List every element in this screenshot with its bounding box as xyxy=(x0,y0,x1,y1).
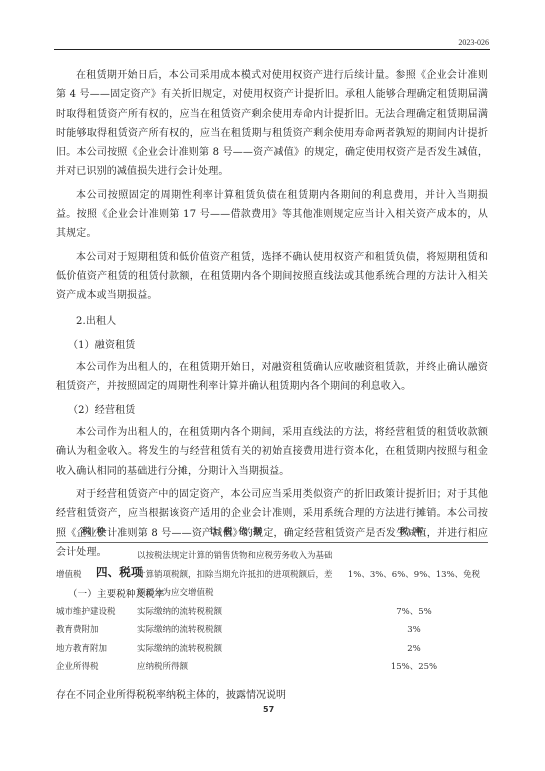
table-row: 增值税 以按税法规定计算的销售货物和应税劳务收入为基础计算销项税额，扣除当期允许… xyxy=(56,547,488,603)
tax-rate: 7%、5% xyxy=(340,603,488,622)
tax-rate: 2% xyxy=(340,640,488,659)
tax-basis: 实际缴纳的流转税税额 xyxy=(137,640,340,659)
paragraph-short-term-lease: 本公司对于短期租赁和低价值资产租赁，选择不确认使用权资产和租赁负债，将短期租赁和… xyxy=(56,248,488,306)
paragraph-finance-lease: 本公司作为出租人的，在租赁期开始日，对融资租赁确认应收融资租赁款，并终止确认融资… xyxy=(56,358,488,397)
header-rule xyxy=(54,49,490,50)
tax-name: 教育费附加 xyxy=(56,621,137,640)
column-header-basis: 计税依据 xyxy=(137,521,340,543)
table-row: 地方教育附加 实际缴纳的流转税税额 2% xyxy=(56,640,488,659)
document-page: 2023-026 在租赁期开始日后，本公司采用成本模式对使用权资产进行后续计量。… xyxy=(0,0,545,771)
footer-note: 存在不同企业所得税税率纳税主体的，披露情况说明 xyxy=(56,686,286,701)
column-header-tax: 税种 xyxy=(56,521,137,543)
tax-name: 地方教育附加 xyxy=(56,640,137,659)
table-header-row: 税种 计税依据 税率 xyxy=(56,521,488,543)
finance-lease-heading: （1）融资租赁 xyxy=(56,336,488,355)
column-header-rate: 税率 xyxy=(340,521,488,543)
table-row: 企业所得税 应纳税所得额 15%、25% xyxy=(56,658,488,677)
page-number: 57 xyxy=(263,705,274,714)
paragraph-lessee-depreciation: 在租赁期开始日后，本公司采用成本模式对使用权资产进行后续计量。参照《企业会计准则… xyxy=(56,66,488,182)
tax-rate: 1%、3%、6%、9%、13%、免税 xyxy=(340,547,488,603)
document-code: 2023-026 xyxy=(458,38,489,47)
tax-name: 企业所得税 xyxy=(56,658,137,677)
tax-name: 城市维护建设税 xyxy=(56,603,137,622)
tax-rate-table: 税种 计税依据 税率 增值税 以按税法规定计算的销售货物和应税劳务收入为基础计算… xyxy=(56,521,488,677)
table-row: 城市维护建设税 实际缴纳的流转税税额 7%、5% xyxy=(56,603,488,622)
table-row: 教育费附加 实际缴纳的流转税税额 3% xyxy=(56,621,488,640)
tax-basis: 实际缴纳的流转税税额 xyxy=(137,603,340,622)
operating-lease-heading: （2）经营租赁 xyxy=(56,401,488,420)
paragraph-lessee-interest: 本公司按照固定的周期性利率计算租赁负债在租赁期内各期间的利息费用，并计入当期损益… xyxy=(56,186,488,244)
tax-basis: 实际缴纳的流转税税额 xyxy=(137,621,340,640)
tax-rate: 3% xyxy=(340,621,488,640)
tax-rate: 15%、25% xyxy=(340,658,488,677)
tax-basis: 应纳税所得额 xyxy=(137,658,340,677)
paragraph-operating-lease-income: 本公司作为出租人的，在租赁期内各个期间，采用直线法的方法，将经营租赁的租赁收款额… xyxy=(56,423,488,481)
tax-basis: 以按税法规定计算的销售货物和应税劳务收入为基础计算销项税额，扣除当期允许抵扣的进… xyxy=(137,547,340,603)
tax-name: 增值税 xyxy=(56,547,137,603)
lessor-heading: 2.出租人 xyxy=(56,312,488,331)
